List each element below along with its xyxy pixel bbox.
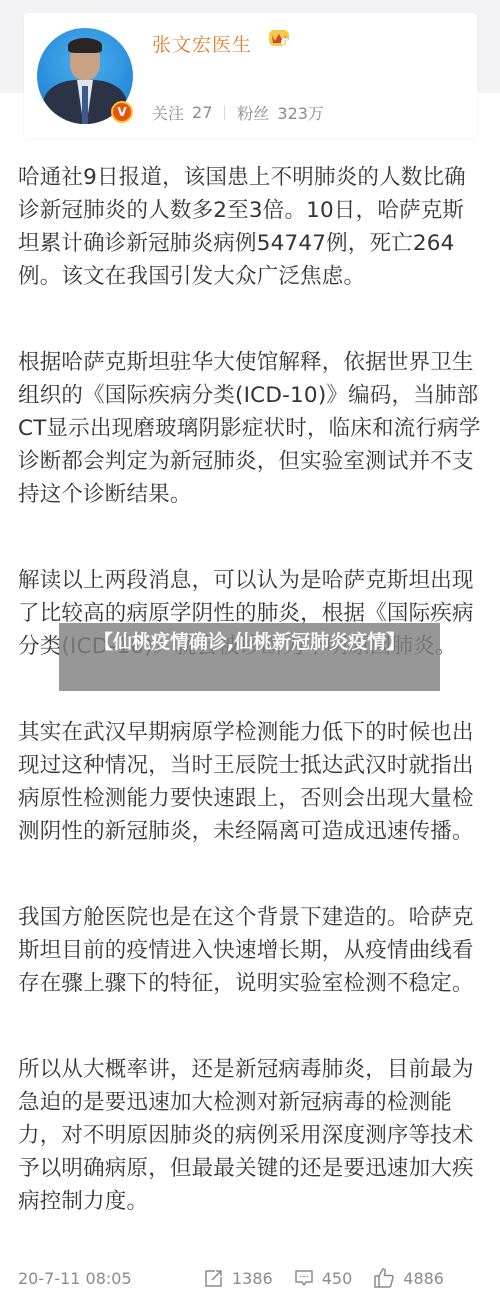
crown-icon: 2 (268, 29, 290, 47)
post-paragraph-4: 其实在武汉早期病原学检测能力低下的时候也出现过这种情况，当时王辰院士抵达武汉时就… (18, 716, 484, 848)
following-label[interactable]: 关注 (152, 101, 184, 124)
thumbs-up-icon (373, 1267, 395, 1289)
following-count[interactable]: 27 (192, 103, 212, 122)
comment-bubble-icon (294, 1268, 314, 1288)
profile-stats: 关注 27 粉丝 323万 (152, 101, 324, 124)
avatar-tie (82, 86, 88, 124)
like-button[interactable]: 4886 (373, 1267, 444, 1289)
avatar-hair (68, 38, 102, 53)
followers-count[interactable]: 323万 (277, 101, 324, 124)
followers-label[interactable]: 粉丝 (237, 101, 269, 124)
post-actions: 1386 450 4886 (204, 1264, 444, 1292)
post-footer: 20-7-11 08:05 1386 450 4886 (18, 1264, 484, 1292)
stats-divider (224, 106, 225, 120)
post-timestamp: 20-7-11 08:05 (18, 1269, 132, 1288)
svg-text:2: 2 (283, 40, 287, 47)
title-overlay-banner: 【仙桃疫情确诊,仙桃新冠肺炎疫情】 (59, 623, 440, 691)
repost-button[interactable]: 1386 (204, 1268, 273, 1288)
post-paragraph-1: 哈通社9日报道，该国患上不明肺炎的人数比确诊新冠肺炎的人数多2至3倍。10日，哈… (18, 161, 484, 293)
post-paragraph-5: 我国方舱医院也是在这个背景下建造的。哈萨克斯坦目前的疫情进入快速增长期，从疫情曲… (18, 901, 484, 1000)
comment-button[interactable]: 450 (294, 1268, 353, 1288)
comment-count: 450 (322, 1269, 353, 1288)
repost-count: 1386 (232, 1269, 273, 1288)
verified-v-icon: V (111, 101, 133, 123)
post-paragraph-2: 根据哈萨克斯坦驻华大使馆解释，依据世界卫生组织的《国际疾病分类(ICD-10)》… (18, 346, 484, 511)
user-name[interactable]: 张文宏医生 (152, 30, 252, 57)
share-arrow-icon (204, 1268, 224, 1288)
like-count: 4886 (403, 1269, 444, 1288)
post-paragraph-6: 所以从大概率讲，还是新冠病毒肺炎，目前最为急迫的是要迅速加大检测对新冠病毒的检测… (18, 1053, 484, 1218)
